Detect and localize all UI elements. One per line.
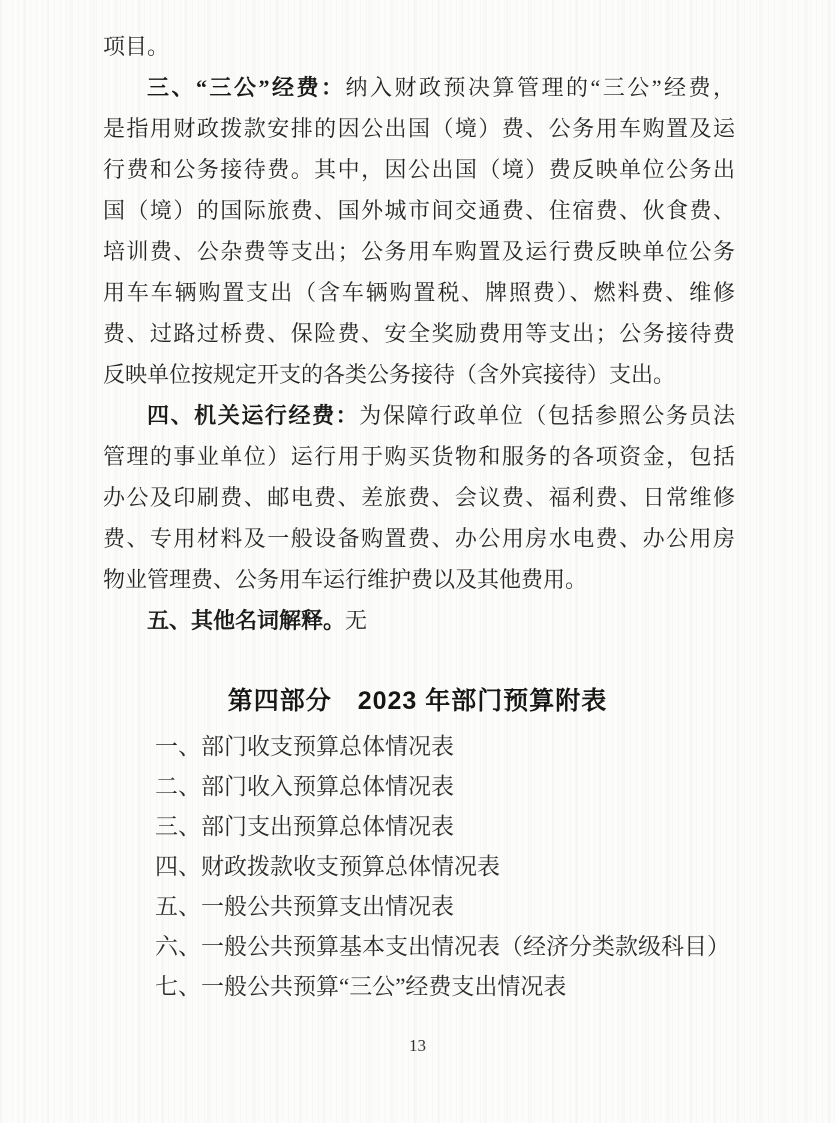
body-line: 国（境）的国际旅费、国外城市间交通费、住宿费、伙食费、 [103, 190, 735, 231]
body-line-text: 是指用财政拨款安排的因公出国（境）费、公务用车购置及运 [103, 116, 735, 141]
appendix-item: 五、一般公共预算支出情况表 [155, 887, 795, 927]
document-page: 项目。 三、“三公”经费：纳入财政预决算管理的“三公”经费， 是指用财政拨款安排… [0, 0, 835, 1123]
body-line-text: 项目。 [103, 34, 169, 59]
appendix-item: 一、部门收支预算总体情况表 [155, 727, 795, 767]
body-line-text: 费、专用材料及一般设备购置费、办公用房水电费、办公用房 [103, 526, 735, 551]
body-line: 培训费、公杂费等支出；公务用车购置及运行费反映单位公务 [103, 231, 735, 272]
appendix-item: 三、部门支出预算总体情况表 [155, 807, 795, 847]
body-line-text: 无 [345, 608, 367, 633]
appendix-item: 七、一般公共预算“三公”经费支出情况表 [155, 967, 795, 1007]
body-line-text: 为保障行政单位（包括参照公务员法 [359, 403, 735, 428]
page-number: 13 [0, 1036, 835, 1056]
body-line-text: 费、过路过桥费、保险费、安全奖励费用等支出；公务接待费 [103, 321, 735, 346]
body-line-lead: 三、“三公”经费： [147, 75, 345, 100]
body-line-text: 国（境）的国际旅费、国外城市间交通费、住宿费、伙食费、 [103, 198, 735, 223]
appendix-item: 六、一般公共预算基本支出情况表（经济分类款级科目） [155, 927, 795, 967]
body-line: 行费和公务接待费。其中，因公出国（境）费反映单位公务出 [103, 149, 735, 190]
body-line: 五、其他名词解释。无 [103, 600, 735, 641]
body-line: 费、过路过桥费、保险费、安全奖励费用等支出；公务接待费 [103, 313, 735, 354]
body-line: 是指用财政拨款安排的因公出国（境）费、公务用车购置及运 [103, 108, 735, 149]
body-line: 管理的事业单位）运行用于购买货物和服务的各项资金，包括 [103, 436, 735, 477]
body-line: 费、专用材料及一般设备购置费、办公用房水电费、办公用房 [103, 518, 735, 559]
body-line-text: 用车车辆购置支出（含车辆购置税、牌照费）、燃料费、维修 [103, 280, 735, 305]
appendix-item: 四、财政拨款收支预算总体情况表 [155, 847, 795, 887]
body-line-text: 纳入财政预决算管理的“三公”经费， [345, 75, 735, 100]
body-line: 物业管理费、公务用车运行维护费以及其他费用。 [103, 559, 735, 600]
body-line: 三、“三公”经费：纳入财政预决算管理的“三公”经费， [103, 67, 735, 108]
body-line-text: 行费和公务接待费。其中，因公出国（境）费反映单位公务出 [103, 157, 735, 182]
body-line-text: 办公及印刷费、邮电费、差旅费、会议费、福利费、日常维修 [103, 485, 735, 510]
appendix-list: 一、部门收支预算总体情况表 二、部门收入预算总体情况表 三、部门支出预算总体情况… [155, 727, 795, 1007]
body-line: 用车车辆购置支出（含车辆购置税、牌照费）、燃料费、维修 [103, 272, 735, 313]
body-text-block: 项目。 三、“三公”经费：纳入财政预决算管理的“三公”经费， 是指用财政拨款安排… [103, 26, 735, 641]
appendix-item: 二、部门收入预算总体情况表 [155, 767, 795, 807]
body-line: 反映单位按规定开支的各类公务接待（含外宾接待）支出。 [103, 354, 735, 395]
body-line-lead: 四、机关运行经费： [147, 403, 359, 428]
body-line: 项目。 [103, 26, 735, 67]
body-line-text: 物业管理费、公务用车运行维护费以及其他费用。 [103, 567, 587, 592]
body-line-text: 培训费、公杂费等支出；公务用车购置及运行费反映单位公务 [103, 239, 735, 264]
body-line-text: 管理的事业单位）运行用于购买货物和服务的各项资金，包括 [103, 444, 735, 469]
body-line: 办公及印刷费、邮电费、差旅费、会议费、福利费、日常维修 [103, 477, 735, 518]
section-title: 第四部分 2023 年部门预算附表 [0, 681, 835, 722]
body-line: 四、机关运行经费：为保障行政单位（包括参照公务员法 [103, 395, 735, 436]
body-line-text: 反映单位按规定开支的各类公务接待（含外宾接待）支出。 [103, 362, 675, 387]
body-line-lead: 五、其他名词解释。 [147, 608, 345, 633]
